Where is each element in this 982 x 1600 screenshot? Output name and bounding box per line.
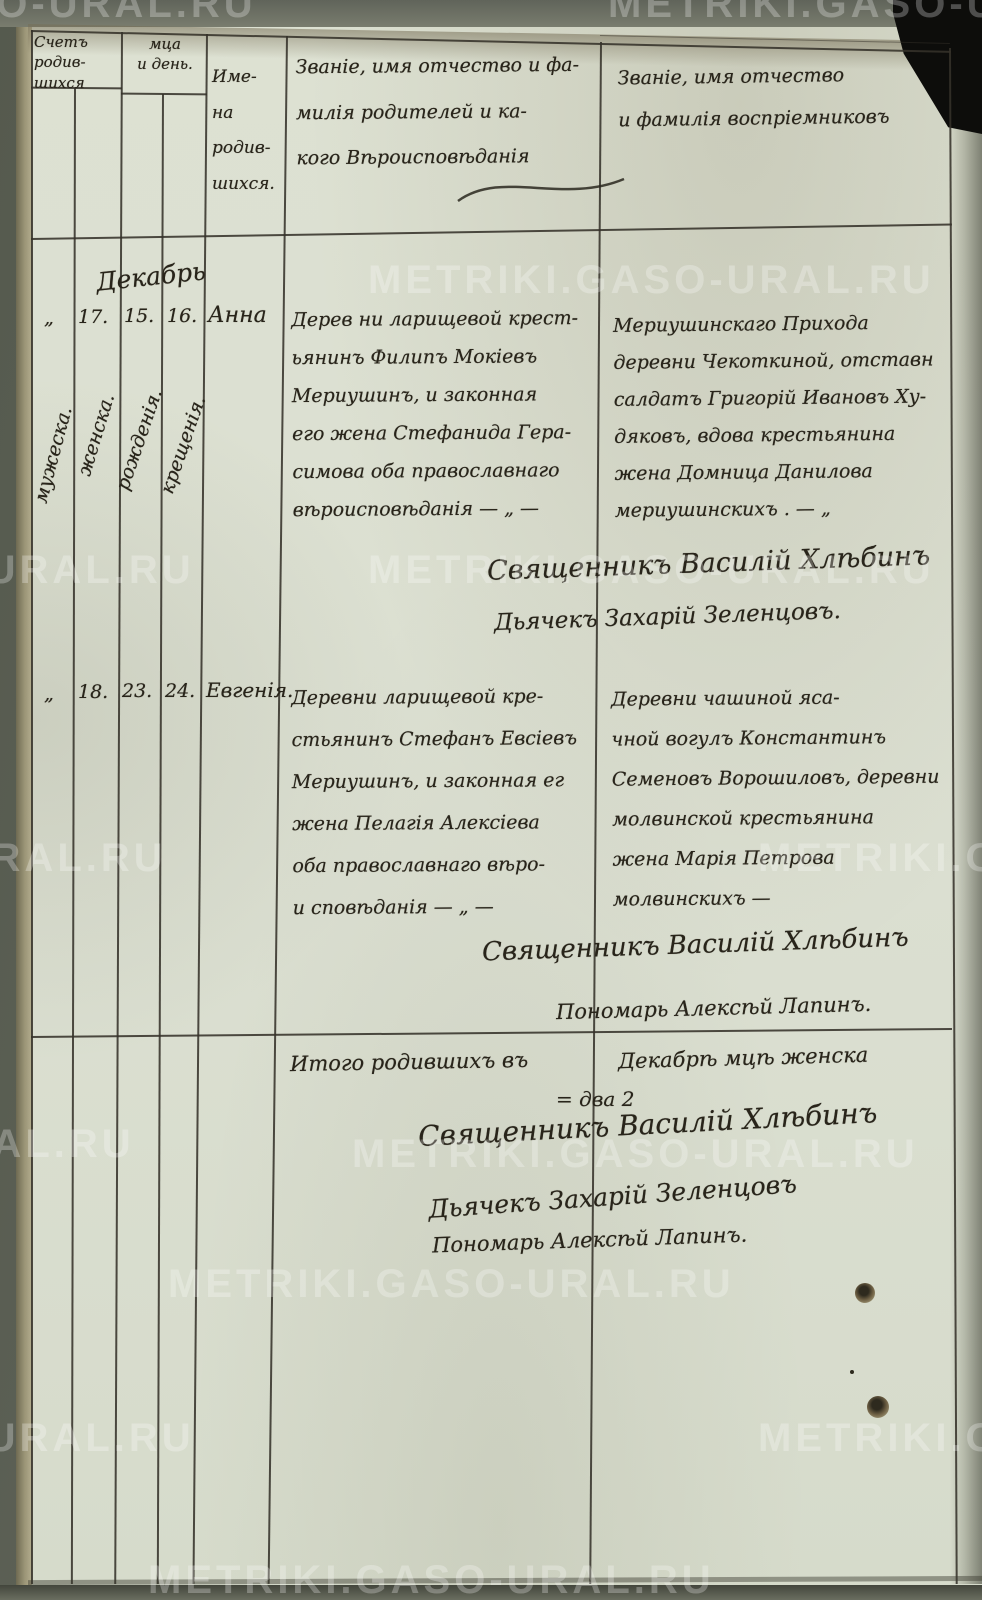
- entry1-child-name: Анна: [208, 301, 267, 331]
- entry1-godparents-text: Мериушинскаго Прихода деревни Чекоткиной…: [613, 304, 967, 530]
- watermark: METRIKI.GASO-URAL.RU: [758, 836, 982, 881]
- entry2-female-count: 18.: [78, 680, 108, 706]
- header-date-title: мца и день.: [124, 34, 206, 75]
- header-flourish: [452, 165, 632, 210]
- page-stack-edge: [16, 22, 32, 1588]
- header-godparents-title: Званіе, имя отчество и фамилія воспріемн…: [617, 54, 962, 142]
- watermark: METRIKI.GASO-URAL.RU: [0, 0, 257, 27]
- watermark: METRIKI.GASO-URAL.RU: [352, 1132, 919, 1177]
- header-count-title: Счетъ родив- шихся: [34, 32, 124, 93]
- header-parents-title: Званіе, имя отчество и фа- милія родител…: [295, 43, 596, 182]
- watermark: METRIKI.GASO-URAL.RU: [608, 0, 982, 27]
- entry2-birth-day: 23.: [122, 679, 152, 705]
- watermark: METRIKI.GASO-URAL.RU: [368, 258, 935, 303]
- watermark: METRIKI.GASO-URAL.RU: [758, 1416, 982, 1461]
- entry1-parents-text: Дерев ни ларищевой крест- ьянинъ Филипъ …: [291, 299, 611, 529]
- watermark: METRIKI.GASO-URAL.RU: [168, 1262, 735, 1307]
- watermark: METRIKI.GASO-URAL.RU: [0, 836, 167, 881]
- entry2-male-count: „: [44, 682, 54, 708]
- entry2-baptism-day: 24.: [165, 679, 195, 705]
- wormhole: [855, 1283, 875, 1303]
- watermark: METRIKI.GASO-URAL.RU: [0, 1416, 195, 1461]
- summary-total-left: Итого родившихъ въ: [290, 1046, 529, 1078]
- wormhole: [867, 1396, 889, 1418]
- watermark: METRIKI.GASO-URAL.RU: [148, 1558, 715, 1600]
- entry2-parents-text: Деревни ларищевой кре- стьянинъ Стефанъ …: [291, 675, 613, 929]
- entry2-godparents-text: Деревни чашиной яса- чной вогулъ Констан…: [611, 676, 973, 919]
- entry1-male-count: „: [44, 306, 54, 332]
- scanned-metric-book-page: Счетъ родив- шихся мца и день. мужеска. …: [0, 0, 982, 1600]
- entry1-baptism-day: 16.: [167, 304, 197, 330]
- header-names-title: Име- на родив- шихся.: [212, 60, 286, 203]
- watermark: METRIKI.GASO-URAL.RU: [368, 548, 935, 593]
- watermark: METRIKI.GASO-URAL.RU: [0, 548, 195, 593]
- watermark: METRIKI.GASO-URAL.RU: [0, 1122, 135, 1167]
- entry1-birth-day: 15.: [124, 304, 154, 330]
- ink-speck: [850, 1370, 854, 1374]
- table-border-left: [31, 30, 33, 1584]
- entry1-female-count: 17.: [78, 305, 108, 331]
- entry2-child-name: Евгенія.: [206, 677, 293, 704]
